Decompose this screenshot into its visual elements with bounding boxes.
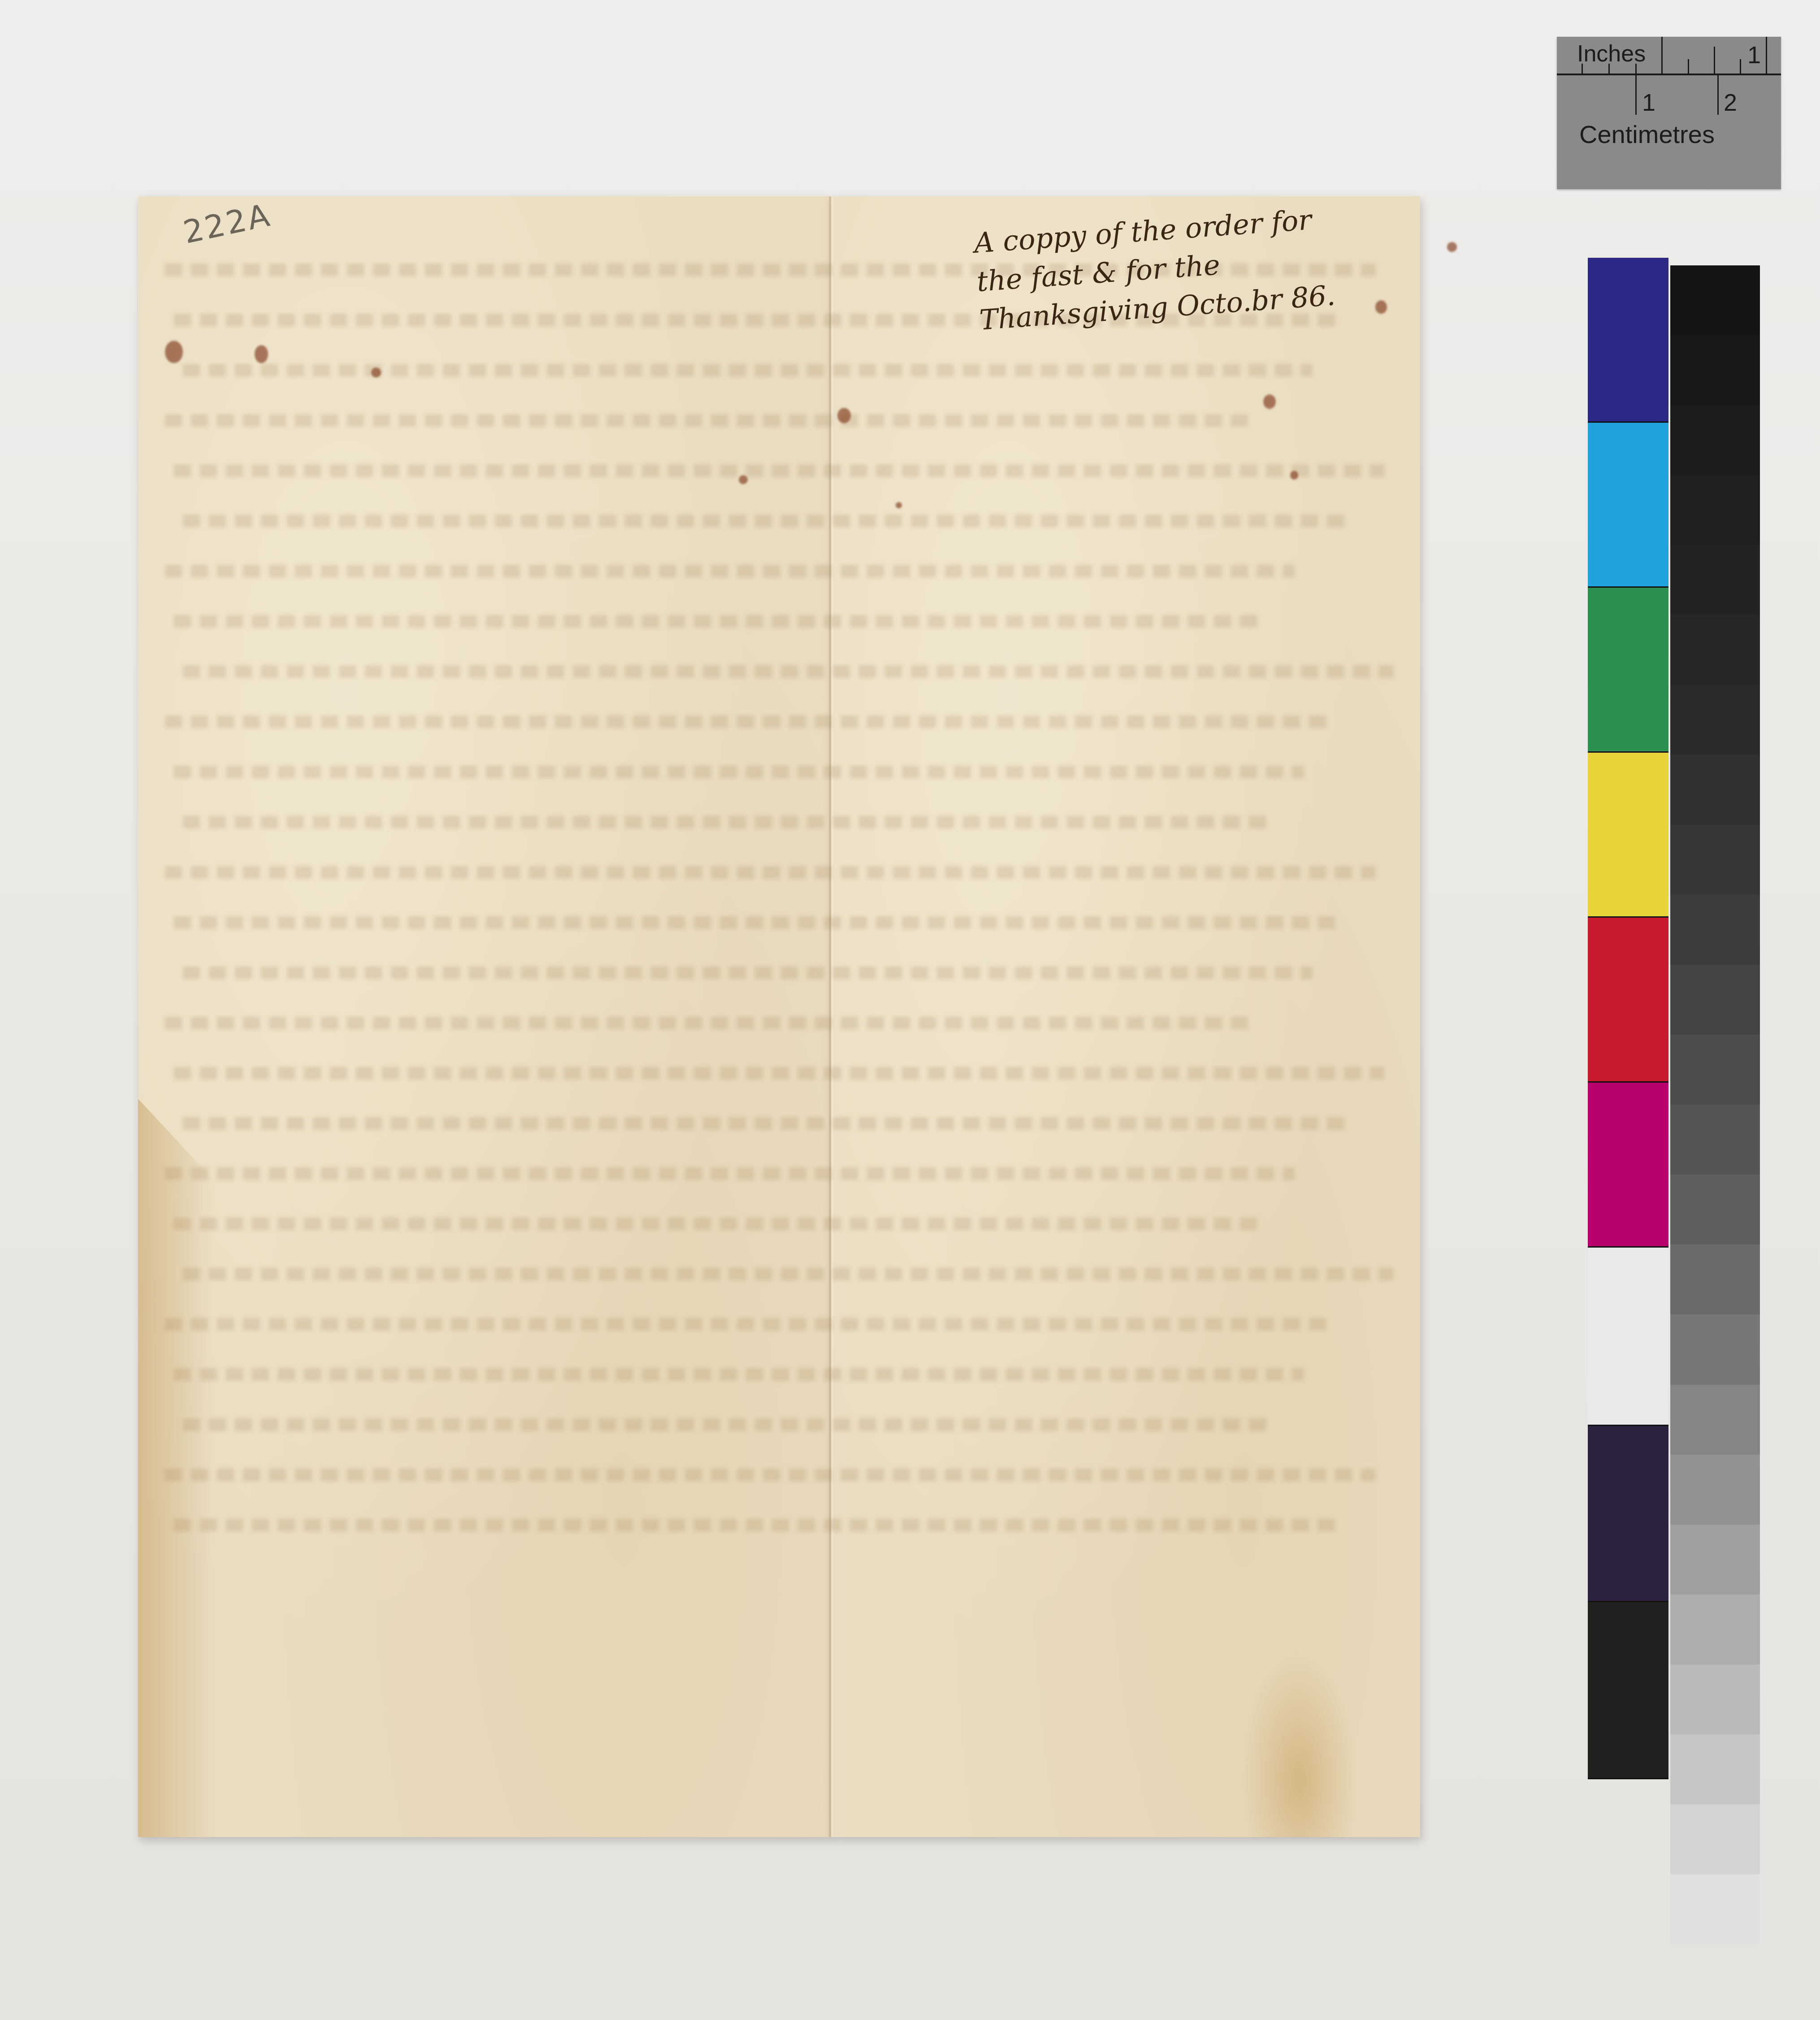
bleed-line [183, 364, 1313, 377]
bleed-line [165, 414, 1254, 427]
scale-ruler: Inches 1 1 2 Centimetres [1557, 37, 1781, 189]
bleed-line [183, 1117, 1353, 1130]
bleed-line [174, 916, 1344, 929]
pencil-catalog-number: 222A [180, 196, 274, 251]
ruler-inch-1: 1 [1747, 43, 1761, 67]
ruler-tick [1635, 64, 1637, 74]
gray-step [1670, 755, 1760, 825]
ruler-tick [1582, 64, 1583, 74]
bleed-line [183, 1268, 1393, 1280]
ink-stain [1447, 242, 1457, 252]
gray-step [1670, 1665, 1760, 1734]
ink-stain [1263, 394, 1276, 409]
bleed-line [165, 565, 1295, 577]
gray-step [1670, 1105, 1760, 1175]
gray-step [1670, 1595, 1760, 1665]
ruler-tick [1717, 74, 1719, 115]
gray-step [1670, 965, 1760, 1035]
bleed-line [174, 1519, 1344, 1531]
bleed-line [183, 1418, 1272, 1431]
grayscale-calibration-bar [1670, 265, 1760, 1944]
color-swatch-magenta [1588, 1083, 1668, 1248]
gray-step [1670, 545, 1760, 615]
ruler-tick [1608, 64, 1610, 74]
ruler-tick [1688, 59, 1689, 74]
ink-stain [165, 341, 183, 363]
bleed-line [165, 1469, 1375, 1481]
color-swatch-yellow [1588, 753, 1668, 918]
gray-step [1670, 1314, 1760, 1384]
bleed-line [165, 1318, 1335, 1331]
bleed-line [183, 816, 1272, 828]
gray-step [1670, 1175, 1760, 1244]
gray-step [1670, 1244, 1760, 1314]
bleed-line [183, 515, 1353, 527]
ruler-cm-2: 2 [1724, 91, 1737, 115]
ruler-cm-1: 1 [1642, 91, 1655, 115]
gray-step [1670, 1874, 1760, 1944]
ink-stain [1290, 471, 1298, 480]
gray-step [1670, 475, 1760, 545]
bleed-line [165, 1017, 1254, 1029]
bleed-line [174, 1067, 1384, 1079]
gray-step [1670, 335, 1760, 405]
color-swatch-3-color-black [1588, 1426, 1668, 1602]
bleed-line [174, 766, 1304, 778]
ruler-tick [1635, 74, 1637, 115]
bleed-line [183, 967, 1313, 979]
color-calibration-bar [1588, 258, 1668, 1779]
bleed-line [165, 866, 1375, 879]
bleed-line [174, 615, 1263, 628]
ruler-tick [1766, 37, 1767, 74]
ink-stain [255, 345, 268, 363]
gray-step [1670, 825, 1760, 895]
ink-stain [1375, 300, 1387, 314]
gray-step [1670, 405, 1760, 475]
ruler-tick [1661, 37, 1663, 74]
gray-step [1670, 615, 1760, 685]
bleed-line [165, 1167, 1295, 1180]
color-swatch-blue [1588, 258, 1668, 423]
gray-step [1670, 1455, 1760, 1525]
ink-stain [371, 368, 381, 377]
bleed-line [174, 464, 1384, 477]
ruler-tick [1714, 47, 1715, 74]
ruler-inches-label: Inches [1577, 42, 1646, 65]
color-swatch-white [1588, 1248, 1668, 1426]
bleed-line [174, 1368, 1304, 1381]
bleed-line [183, 665, 1393, 678]
ruler-baseline [1557, 74, 1781, 75]
gray-step [1670, 1525, 1760, 1595]
ink-stain [739, 475, 748, 484]
ink-stain [837, 408, 851, 423]
ruler-centimetres-label: Centimetres [1579, 122, 1715, 147]
bleed-line [174, 1218, 1263, 1230]
color-swatch-red [1588, 918, 1668, 1083]
gray-step [1670, 1804, 1760, 1874]
manuscript-document: 222A [138, 196, 1434, 1837]
ruler-tick [1740, 59, 1741, 74]
color-swatch-cyan [1588, 423, 1668, 588]
gray-step [1670, 895, 1760, 965]
gray-step [1670, 265, 1760, 335]
gray-step [1670, 1385, 1760, 1455]
gray-step [1670, 1035, 1760, 1105]
gray-step [1670, 685, 1760, 755]
color-swatch-black [1588, 1602, 1668, 1779]
color-swatch-green [1588, 588, 1668, 753]
ink-stain [896, 502, 902, 508]
bleed-line [165, 715, 1335, 728]
gray-step [1670, 1734, 1760, 1804]
